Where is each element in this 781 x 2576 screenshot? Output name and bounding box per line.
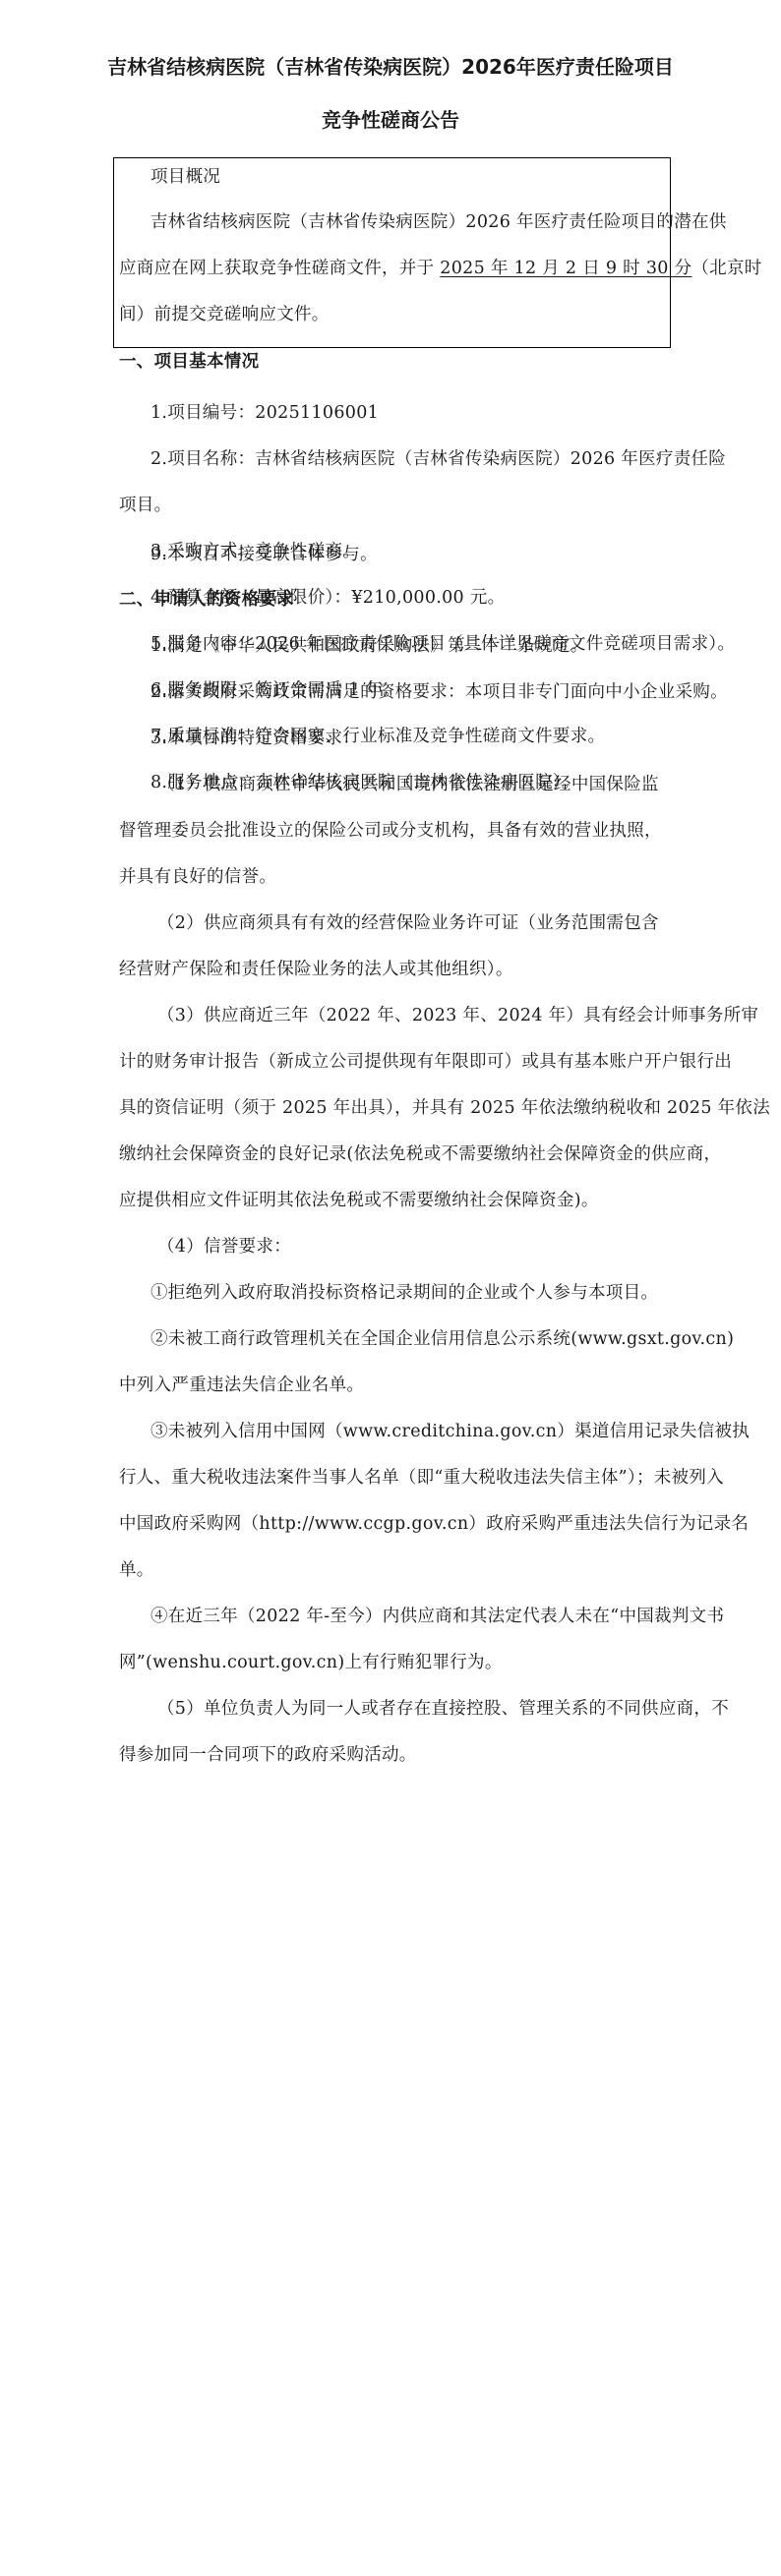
overview-text-2: 应商应在网上获取竞争性磋商文件，并于 2025 年 12 月 2 日 9 时 3… <box>119 257 762 280</box>
s1-item-9: 9.本项目不接受联合体参与。 <box>150 543 378 566</box>
s1-item-1: 1.项目编号：20251106001 <box>150 401 379 425</box>
s2-line: （2）供应商须具有有效的经营保险业务许可证（业务范围需包含 <box>157 911 659 935</box>
overview-heading: 项目概况 <box>150 165 220 189</box>
overview-text-3: 间）前提交竞磋响应文件。 <box>119 303 330 326</box>
s2-line: 经营财产保险和责任保险业务的法人或其他组织）。 <box>119 958 513 981</box>
s2-line: ③未被列入信用中国网（www.creditchina.gov.cn）渠道信用记录… <box>150 1420 750 1443</box>
section-1-heading: 一、项目基本情况 <box>119 350 259 374</box>
s1-item-2: 2.项目名称：吉林省结核病医院（吉林省传染病医院）2026 年医疗责任险 <box>150 447 726 471</box>
document-title-line1: 吉林省结核病医院（吉林省传染病医院）2026年医疗责任险项目 <box>79 53 702 81</box>
s2-line: （3）供应商近三年（2022 年、2023 年、2024 年）具有经会计师事务所… <box>157 1004 758 1027</box>
s2-line: 督管理委员会批准设立的保险公司或分支机构，具备有效的营业执照， <box>119 819 662 843</box>
s2-line: 单。 <box>119 1558 154 1582</box>
section-2-heading: 二、申请人的资格要求 <box>119 588 294 612</box>
s1-item-2-cont: 项目。 <box>119 494 171 517</box>
s2-line: ④在近三年（2022 年-至今）内供应商和其法定代表人未在“中国裁判文书 <box>150 1605 724 1628</box>
document-title-line2: 竞争性磋商公告 <box>79 106 702 134</box>
s2-line: （1）供应商须在中华人民共和国境内依法注册且是经中国保险监 <box>157 773 659 796</box>
s2-line: 网”(wenshu.court.gov.cn)上有行贿犯罪行为。 <box>119 1651 503 1674</box>
s2-line: （4）信誉要求： <box>157 1235 291 1259</box>
s2-line: 1.满足《中华人民共和国政府采购法》第二十二条规定。 <box>150 634 588 658</box>
deadline-date: 2025 年 12 月 2 日 9 时 30 分 <box>440 259 691 278</box>
s2-line: （5）单位负责人为同一人或者存在直接控股、管理关系的不同供应商，不 <box>157 1697 729 1721</box>
s2-line: 并具有良好的信誉。 <box>119 865 276 889</box>
s2-line: 中列入严重违法失信企业名单。 <box>119 1374 364 1397</box>
s2-line: 2.落实政府采购政策需满足的资格要求：本项目非专门面向中小企业采购。 <box>150 680 728 704</box>
s2-line: 应提供相应文件证明其依法免税或不需要缴纳社会保障资金)。 <box>119 1189 599 1212</box>
s2-line: 行人、重大税收违法案件当事人名单（即“重大税收违法失信主体”）；未被列入 <box>119 1466 724 1490</box>
s2-line: 中国政府采购网（http://www.ccgp.gov.cn）政府采购严重违法失… <box>119 1512 749 1536</box>
s2-line: 得参加同一合同项下的政府采购活动。 <box>119 1743 417 1767</box>
s2-line: 具的资信证明（须于 2025 年出具），并具有 2025 年依法缴纳税收和 20… <box>119 1096 770 1120</box>
s2-line: 3.本项目的特定资格要求： <box>150 727 360 750</box>
overview-text-1: 吉林省结核病医院（吉林省传染病医院）2026 年医疗责任险项目的潜在供 <box>150 210 727 234</box>
s2-line: ②未被工商行政管理机关在全国企业信用信息公示系统(www.gsxt.gov.cn… <box>150 1327 734 1351</box>
s2-line: 计的财务审计报告（新成立公司提供现有年限即可）或具有基本账户开户银行出 <box>119 1050 732 1074</box>
s2-line: ①拒绝列入政府取消投标资格记录期间的企业或个人参与本项目。 <box>150 1281 658 1305</box>
s2-line: 缴纳社会保障资金的良好记录(依法免税或不需要缴纳社会保障资金的供应商， <box>119 1142 721 1166</box>
